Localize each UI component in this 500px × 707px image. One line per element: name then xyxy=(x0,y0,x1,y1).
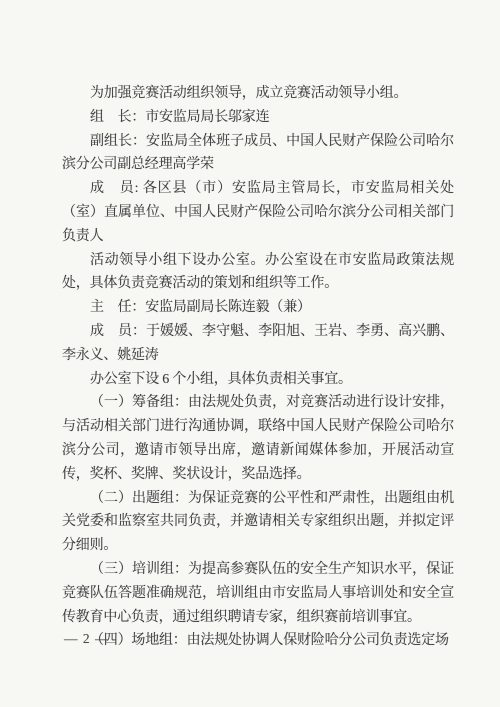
paragraph: （二）出题组：为保证竞赛的公平性和严肃性，出题组由机关党委和监察室共同负责，并邀… xyxy=(62,487,454,558)
document-page: 为加强竞赛活动组织领导，成立竞赛活动领导小组。组 长：市安监局局长邬家连副组长：… xyxy=(0,0,500,707)
page-number: — 2 — xyxy=(64,631,110,647)
paragraph: 主 任：安监局副局长陈连毅（兼） xyxy=(62,296,454,320)
paragraph: （四）场地组：由法规处协调人保财险哈分公司负责选定场 xyxy=(62,629,454,653)
paragraph: （三）培训组：为提高参赛队伍的安全生产知识水平，保证竞赛队伍答题准确规范，培训组… xyxy=(62,558,454,629)
paragraph: 组 长：市安监局局长邬家连 xyxy=(62,106,454,130)
paragraph: 办公室下设 6 个小组，具体负责相关事宜。 xyxy=(62,368,454,392)
paragraph: 活动领导小组下设办公室。办公室设在市安监局政策法规处，具体负责竞赛活动的策划和组… xyxy=(62,249,454,297)
paragraph: 为加强竞赛活动组织领导，成立竞赛活动领导小组。 xyxy=(62,82,454,106)
paragraph: 副组长：安监局全体班子成员、中国人民财产保险公司哈尔滨分公司副总经理高学荣 xyxy=(62,130,454,178)
paragraph: 成 员：于媛媛、李守魁、李阳旭、王岩、李勇、高兴鹏、李永义、姚延涛 xyxy=(62,320,454,368)
paragraph: 成 员: 各区县（市）安监局主管局长，市安监局相关处（室）直属单位、中国人民财产… xyxy=(62,177,454,248)
document-body: 为加强竞赛活动组织领导，成立竞赛活动领导小组。组 长：市安监局局长邬家连副组长：… xyxy=(62,82,454,653)
paragraph: （一）筹备组：由法规处负责，对竞赛活动进行设计安排，与活动相关部门进行沟通协调，… xyxy=(62,391,454,486)
